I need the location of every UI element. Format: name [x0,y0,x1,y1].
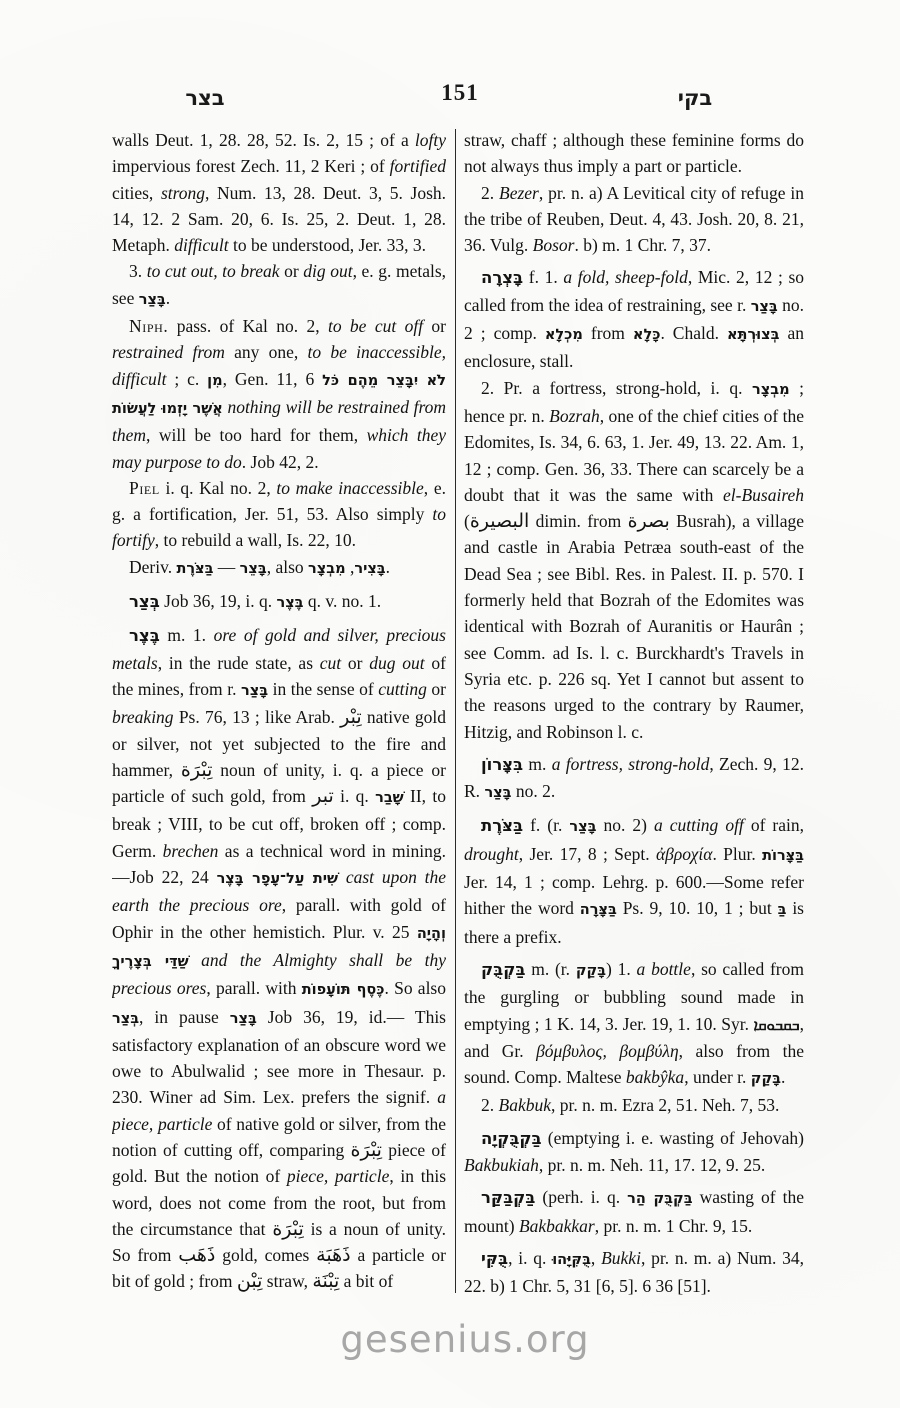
paragraph: בָּצְרָה f. 1. a fold, sheep-fold, Mic. … [464,264,804,374]
hebrew-text: בָּצַר [751,299,778,315]
hebrew-text: בֶּצֶר [276,595,303,611]
text-run: or [427,679,446,699]
hebrew-headword: בְּצַר [129,592,160,611]
paragraph: בֶּצֶר m. 1. ore of gold and silver, pre… [112,622,446,1294]
text-run: Ps. 76, 13 ; like Arab. [174,707,341,727]
hebrew-headword: בַּצֹּרֶת [481,816,523,835]
paragraph: Piel i. q. Kal no. 2, to make inaccessib… [112,475,446,554]
italic-text: Bezer [499,183,539,203]
greek-text: βόμβυλος, βομβύλη [536,1041,679,1061]
watermark: gesenius.org [340,1318,589,1361]
hebrew-text: בָּצַר [484,785,511,801]
text-run: i. q. [334,786,375,806]
text-run: , in pause [139,1007,230,1027]
text-run: ; c. [166,369,207,389]
text-run: straw, [262,1271,312,1291]
paragraph: 2. Bezer, pr. n. a) A Levitical city of … [464,180,804,259]
italic-text: restrained from [112,342,225,362]
scanned-page: בצר 151 בקי walls Deut. 1, 28. 28, 52. I… [0,0,900,1408]
text-run: f. 1. [523,267,563,287]
italic-text: drought [464,844,519,864]
hebrew-text: בָּצַר [230,1011,257,1027]
header-right-keyword: בקי [615,86,775,110]
text-run: , under r. [684,1067,751,1087]
hebrew-text: בְּצוּרְתָּא [727,327,779,343]
text-run: from [583,323,633,343]
text-run: m. (r. [525,959,575,979]
hebrew-text: בֻּקִּיָּהוּ [552,1252,591,1268]
arabic-text: بصرة [628,510,670,532]
text-run: ) 1. [606,959,637,979]
italic-text: a bottle [637,959,691,979]
hebrew-text: מִבְצָר [308,561,346,577]
text-run: — [213,557,239,577]
italic-text: el-Busaireh [723,485,804,505]
text-run [338,867,346,887]
hebrew-headword: בָּצְרָה [481,268,523,287]
text-run: Busrah), a village and castle in Arabia … [464,511,804,741]
text-run: dimin. from [529,511,627,531]
text-run: , pr. n. m. Neh. 11, 17. 12, 9. 25. [539,1155,765,1175]
arabic-text: تِبْرَة [272,1218,303,1240]
header-left-keyword: בצר [125,86,285,110]
hebrew-text: שִׁית עַל־עָפָר בָּצֶר [217,871,338,887]
text-run: (emptying i. e. wasting of Jehovah) [542,1128,804,1148]
hebrew-text: בְּצַר [112,1011,139,1027]
text-run: q. v. no. 1. [304,591,382,611]
text-run: of rain, [744,815,804,835]
text-run: (perh. i. q. [535,1187,627,1207]
paragraph: straw, chaff ; although these feminine f… [464,127,804,180]
arabic-text: البصيرة [470,510,529,532]
arabic-text: تِبْنَة [312,1270,339,1292]
hebrew-text: בַּקְבֻּק הַר [627,1191,692,1207]
page-number: 151 [370,80,550,106]
italic-text: Bakbukiah [464,1155,539,1175]
text-run: m. [523,754,552,774]
arabic-text: تِبْر [340,706,362,728]
paragraph: בְּצַר Job 36, 19, i. q. בֶּצֶר q. v. no… [112,588,446,616]
italic-text: strong [161,183,205,203]
hebrew-headword: בַּקְבֻּק [481,960,525,979]
italic-text: to be cut off [328,316,423,336]
left-column: walls Deut. 1, 28. 28, 52. Is. 2, 15 ; o… [112,127,446,1299]
paragraph: Niph. pass. of Kal no. 2, to be cut off … [112,313,446,475]
arabic-text: تبر [312,785,334,807]
text-run: . Plur. [712,844,762,864]
text-run: , i. q. [508,1248,552,1268]
italic-text: Bukki [601,1248,641,1268]
text-run: 3. [129,261,147,281]
text-run: . [166,288,170,308]
text-run: , pr. n. m. Ezra 2, 51. Neh. 7, 53. [551,1095,779,1115]
text-run: , in the rude state, as [158,653,320,673]
text-run: . [386,557,390,577]
hebrew-text: שָׁבַר [375,790,404,806]
greek-text: ἀβροχία [656,844,712,864]
italic-text: Bosor [533,235,575,255]
arabic-text: تِبْن [237,1270,263,1292]
paragraph: walls Deut. 1, 28. 28, 52. Is. 2, 15 ; o… [112,127,446,258]
text-run: cities, [112,183,161,203]
text-run: , will be too hard for them, [146,425,367,445]
hebrew-text: בָּצַר [241,683,268,699]
hebrew-headword: בֶּצֶר [129,626,160,645]
text-run: walls Deut. 1, 28. 28, 52. Is. 2, 15 ; o… [112,130,415,150]
italic-text: brechen [163,841,219,861]
smallcaps-text: Piel [129,478,160,498]
text-run: . b) m. 1 Chr. 7, 37. [574,235,711,255]
hebrew-text: מִכְלָא [545,327,583,343]
page-header: בצר 151 בקי [0,80,900,120]
text-run: 2. [481,1095,499,1115]
text-run: straw, chaff ; although these feminine f… [464,130,804,176]
text-run: or [341,653,369,673]
hebrew-text: בַּצָּרָה [580,902,617,918]
italic-text: piece, particle [287,1166,389,1186]
text-run: . Job 42, 2. [242,452,319,472]
arabic-text: ذَهَب [178,1244,215,1266]
paragraph: בַּקְבַּקַּר (perh. i. q. בַּקְבֻּק הַר … [464,1184,804,1239]
text-run: Job 36, 19, i. q. [160,591,277,611]
italic-text: cut [320,653,341,673]
text-run: . Chald. [660,323,727,343]
text-run: Ps. 9, 10. 10, 1 ; but [617,898,778,918]
hebrew-text: מִבְצָר [752,382,790,398]
italic-text: dig out [303,261,352,281]
text-block: walls Deut. 1, 28. 28, 52. Is. 2, 15 ; o… [112,127,804,1299]
hebrew-text: בָּקַק [576,963,606,979]
right-column: straw, chaff ; although these feminine f… [464,127,804,1299]
text-run: m. 1. [160,625,214,645]
text-run: 2. [481,183,499,203]
text-run: f. (r. [523,815,569,835]
text-run: any one, [225,342,308,362]
italic-text: a fortress, strong-hold [552,754,710,774]
hebrew-headword: בֻּקִּי [481,1249,508,1268]
italic-text: dug out [369,653,424,673]
text-run: a bit of [339,1271,393,1291]
text-run: , to rebuild a wall, Is. 22, 10. [155,530,356,550]
hebrew-headword: בַּקְבֻּקְיָה [481,1129,542,1148]
hebrew-text: בָּצִיר [354,561,385,577]
text-run: in the sense of [268,679,378,699]
text-run: i. q. Kal no. 2, [160,478,277,498]
italic-text: cutting [378,679,427,699]
paragraph: בֻּקִּי, i. q. בֻּקִּיָּהוּ, Bukki, pr. … [464,1245,804,1299]
italic-text: Bakbakkar [519,1216,595,1236]
column-divider [455,129,456,1293]
hebrew-text: כֶּסֶף תּוֹעָפוֹת [302,982,385,998]
italic-text: Bakbuk [499,1095,551,1115]
text-run: to be understood, Jer. 33, 3. [229,235,426,255]
hebrew-headword: בַּקְבַּקַּר [481,1188,535,1207]
text-run: impervious forest Zech. 11, 2 Keri ; of [112,156,390,176]
text-run: . So also [384,978,446,998]
text-run: no. 2. [511,781,555,801]
hebrew-text: בַּצֹּרֶת [176,561,213,577]
paragraph: בַּצֹּרֶת f. (r. בָּצַר no. 2) a cutting… [464,812,804,949]
text-run: Deriv. [129,557,176,577]
italic-text: a cutting off [654,815,744,835]
syriac-text: ܒܩܒܘܩܐ [753,1016,799,1034]
italic-text: fortified [390,156,446,176]
text-run: , Gen. 11, 6 [223,369,322,389]
text-run: pass. of Kal no. 2, [168,316,328,336]
italic-text: a fold, sheep-fold [563,267,688,287]
text-run: 2. Pr. a fortress, strong-hold, i. q. [481,378,752,398]
paragraph: בַּקְבֻּק m. (r. בָּקַק) 1. a bottle, so… [464,956,804,1092]
paragraph: 2. Pr. a fortress, strong-hold, i. q. מִ… [464,375,804,745]
hebrew-text: כָּלָא [633,327,661,343]
paragraph: 3. to cut out, to break or dig out, e. g… [112,258,446,313]
italic-text: bakbŷka [626,1067,684,1087]
italic-text: to cut out, to break [147,261,280,281]
paragraph: Deriv. בָּצֵר — בַּצֹּרֶת, also בָּצִיר,… [112,554,446,582]
hebrew-text: מִן [207,373,222,389]
paragraph: בִּצָּרוֹן m. a fortress, strong-hold, Z… [464,751,804,807]
text-run: , Jer. 17, 8 ; Sept. [519,844,656,864]
hebrew-text: בָּקַק [751,1071,781,1087]
arabic-text: تِبْرَة [181,759,212,781]
arabic-text: ذَهَبَة [316,1244,350,1266]
text-run: , pr. n. m. 1 Chr. 9, 15. [595,1216,753,1236]
italic-text: Bozrah [549,406,600,426]
italic-text: to make inaccessible [276,478,423,498]
italic-text: breaking [112,707,174,727]
paragraph: 2. Bakbuk, pr. n. m. Ezra 2, 51. Neh. 7,… [464,1092,804,1118]
text-run: , also [267,557,308,577]
arabic-text: تِبْرَة [351,1139,382,1161]
hebrew-text: בָּצַר [569,819,596,835]
hebrew-text: בָּצֵר [240,561,267,577]
text-run: gold, comes [215,1245,316,1265]
italic-text: difficult [174,235,228,255]
hebrew-headword: בִּצָּרוֹן [481,755,523,774]
paragraph: בַּקְבֻּקְיָה (emptying i. e. wasting of… [464,1125,804,1179]
smallcaps-text: Niph. [129,316,168,336]
text-run: or [280,261,304,281]
text-run: , [591,1248,601,1268]
italic-text: lofty [415,130,446,150]
text-run: no. 2) [596,815,654,835]
hebrew-text: בָּצַר [139,292,166,308]
text-run: . [781,1067,785,1087]
text-run [189,950,202,970]
text-run: or [423,316,446,336]
text-run: , parall. with [206,978,301,998]
hebrew-text: בַּצָּרוֹת [762,848,804,864]
